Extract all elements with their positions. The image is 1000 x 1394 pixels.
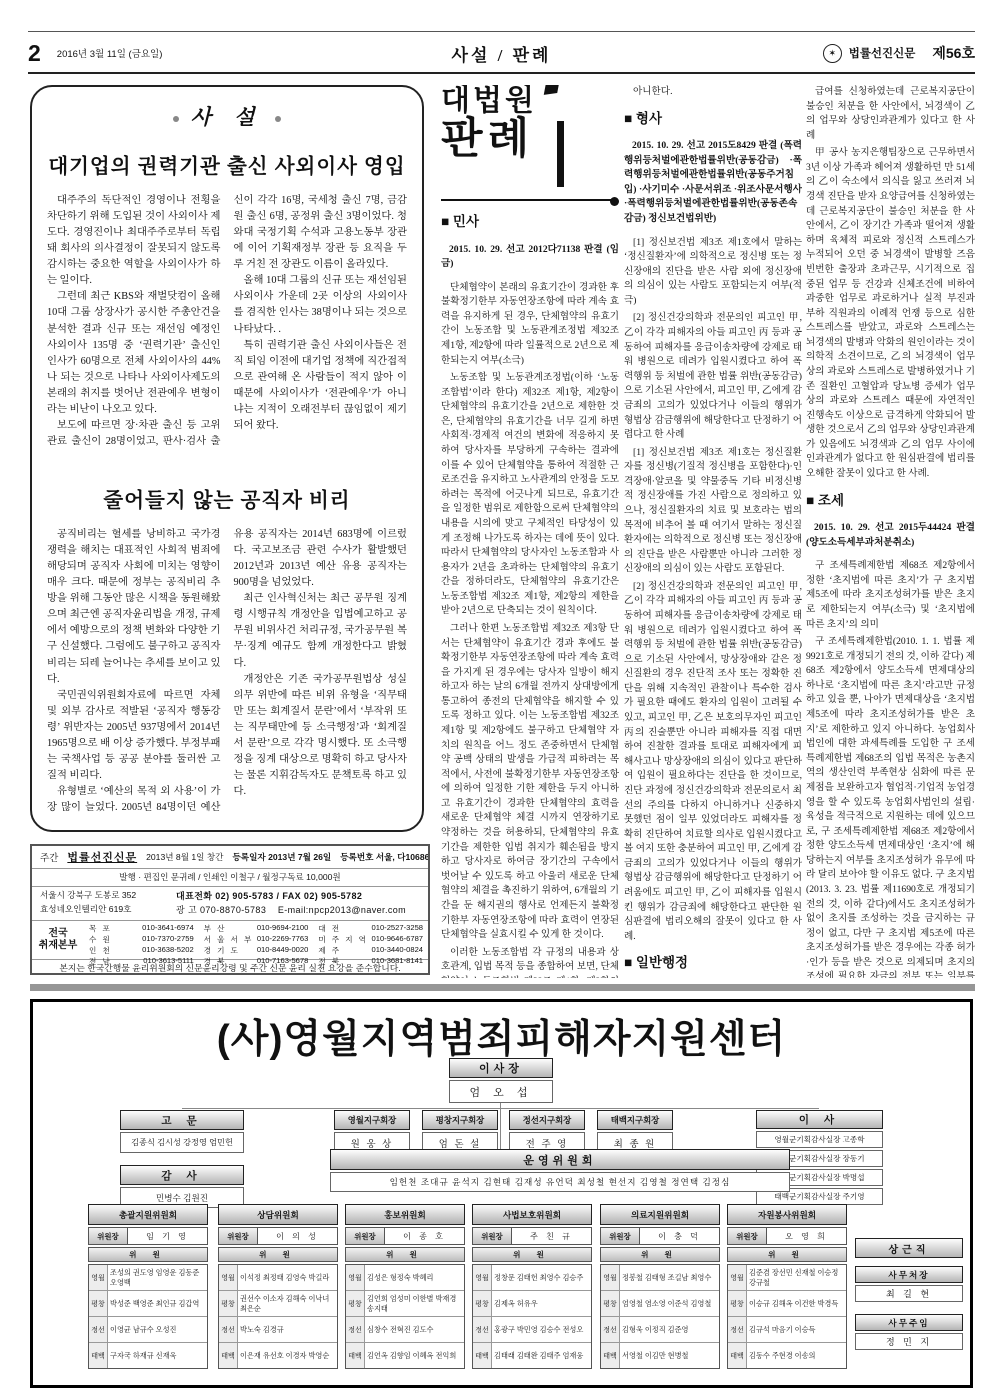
member-names: 서영철 이김만 현병철 [620, 1343, 719, 1368]
member-names: 김성은 형정숙 박혜리 [365, 1265, 464, 1290]
editorial-paragraph: 공직비리는 혈세를 낭비하고 국가경쟁력을 해치는 대표적인 사회적 범죄에 해… [47, 527, 221, 688]
committee-publicity: 홍보위원회 위원장 이 종 호 위 원 영월김성은 형정숙 박혜리평창김언희 엄… [345, 1204, 465, 1369]
chair-name: 주 친 규 [512, 1228, 591, 1244]
ad-email-line: 광 고 070-8870-5783 E-mail:npcp2013@naver.… [176, 903, 420, 917]
committee-name: 홍보위원회 [345, 1204, 465, 1225]
bureau-city: 목 포 [89, 923, 112, 934]
member-row: 태백서영철 이김만 현병철 [601, 1343, 719, 1368]
member-row: 정선김규석 마음기 이승득 [728, 1317, 846, 1343]
org-connector-vertical [500, 1103, 501, 1149]
editorial-paragraph: 그런데 최근 KBS와 재벌닷컴이 올해 10대 그룹 상장사가 공시한 주총안… [47, 289, 221, 418]
advisor-names-box: 김종식 김시성 강정영 엄민헌 [120, 1132, 244, 1153]
case-text-block: 2015. 10. 29. 선고 2015도8429 판결 (폭력행위등처벌에관… [624, 139, 802, 226]
member-region: 정선 [89, 1317, 108, 1342]
member-names: 이승규 김해옥 이건한 박경득 [747, 1291, 846, 1316]
chair-label: 위원장 [473, 1228, 512, 1244]
chairman-label-box: 이사장 [449, 1058, 553, 1078]
case-text-block: [2] 정신건강의학과 전문의인 피고인 甲, 乙이 각각 피해자의 아들 피고… [624, 311, 802, 442]
bureau-city: 수 원 [89, 934, 112, 945]
committee-member-rows: 영월조성의 권도영 임영운 김동준 오영백평창박성준 백영준 최인규 김갑역정선… [88, 1264, 208, 1369]
case-text-block: 급여를 신청하였는데 근로복지공단이 불승인 처분을 한 사안에서, 뇌경색이 … [806, 85, 975, 143]
members-label: 위 원 [472, 1247, 592, 1262]
cases-logo-line2: 판례 [441, 117, 619, 162]
bureau-city: 대 전 [318, 923, 341, 934]
header-bottom-rule [28, 72, 975, 74]
chair-label: 위원장 [219, 1228, 258, 1244]
member-region: 영월 [473, 1265, 492, 1290]
logo-end-dot-icon [610, 197, 619, 206]
committee-name: 사법보호위원회 [472, 1204, 592, 1225]
member-names: 권선수 이소자 김해숙 이낙녀 최은순 [238, 1291, 337, 1316]
newspaper-logo-icon: ✶ [823, 44, 842, 63]
phone-line: 대표전화 02) 905-5783 / FAX 02) 905-5782 [176, 889, 420, 903]
member-region: 영월 [601, 1265, 620, 1290]
member-region: 정선 [219, 1317, 238, 1342]
bureau-phone: 010-7370-2759 [142, 934, 194, 945]
case-text-block: 아니한다. [624, 85, 802, 100]
members-label: 위 원 [88, 1247, 208, 1262]
member-region: 태백 [473, 1343, 492, 1368]
editorial-paragraph: 특히 권력기관 출신 사외이사들은 전직 퇴임 이전에 대기업 정책에 직간접적… [234, 338, 408, 434]
member-region: 평창 [473, 1291, 492, 1316]
imprint-registration-row: 주간 법률선진신문 2013년 8월 1일 창간 등록일자 2013년 7월 2… [32, 846, 428, 868]
case-text-block: ■ 조세 [806, 491, 975, 512]
bureau-city: 경 기 도 [204, 945, 240, 956]
case-text-block: [2] 정신건강의학과 전문의인 피고인 甲, 乙이 각각 피해자의 아들 피고… [624, 580, 802, 944]
committee-name: 자원봉사위원회 [727, 1204, 847, 1225]
member-row: 정선홍광구 박민영 김승수 전성오 [473, 1317, 591, 1343]
member-names: 김태래 김태완 김태주 엄재웅 [492, 1343, 591, 1368]
member-names: 김규석 마음기 이승득 [747, 1317, 846, 1342]
committee-chair-row: 위원장 오 영 희 [727, 1227, 847, 1245]
members-label: 위 원 [218, 1247, 338, 1262]
member-region: 평창 [89, 1291, 108, 1316]
cases-logo-line1: 대법원 [441, 85, 619, 117]
district-chair-label-jeongseon: 정선지구회장 [509, 1110, 585, 1130]
page-header: 2 2016년 3월 11일 (금요일) 사설 / 판례 ✶ 법률선진신문 제5… [28, 36, 975, 70]
chair-label: 위원장 [728, 1228, 767, 1244]
member-region: 평창 [728, 1291, 747, 1316]
case-text-block: 2015. 10. 29. 선고 2015두44424 판결 (양도소득세부과처… [806, 521, 975, 550]
member-row: 영월정창문 김태헌 최영수 김승주 [473, 1265, 591, 1291]
logo-underline [441, 199, 615, 201]
newspaper-page: 2 2016년 3월 11일 (금요일) 사설 / 판례 ✶ 법률선진신문 제5… [0, 0, 1000, 1394]
member-names: 정봉철 김태형 조길남 최영수 [620, 1265, 719, 1290]
member-names: 이은재 유선호 이경자 박영순 [238, 1343, 337, 1368]
member-region: 태백 [346, 1343, 365, 1368]
member-row: 태백김언옥 김향임 이혜옥 전익희 [346, 1343, 464, 1368]
chair-name: 이 충 덕 [640, 1228, 719, 1244]
editorial-paragraph: 대주주의 독단적인 경영이나 전횡을 차단하기 위해 도입된 것이 사외이사 제… [47, 193, 221, 289]
case-text-block: ■ 일반행정 [624, 953, 802, 974]
bullet-dot-icon [275, 116, 281, 122]
bureau-city: 서 울 서 부 [204, 934, 254, 945]
bullet-dot-icon [173, 116, 179, 122]
member-row: 태백김동수 주현경 이송의 [728, 1343, 846, 1368]
member-region: 평창 [601, 1291, 620, 1316]
case-text-block: ■ 민사 [441, 212, 619, 233]
weekly-label: 주간 [40, 850, 58, 864]
staff-name-secretary-general: 최 길 현 [855, 1285, 963, 1302]
editorial-article-1-body: 대주주의 독단적인 경영이나 전횡을 차단하기 위해 도입된 것이 사외이사 제… [47, 193, 407, 465]
issue-number: 제56호 [932, 43, 975, 63]
contact-row: 서울시 강북구 도봉로 352 효성네오인텔리안 619호 대표전화 02) 9… [32, 886, 428, 920]
member-names: 김언옥 김향임 이혜옥 전익희 [365, 1343, 464, 1368]
member-row: 영월정봉철 김태형 조길남 최영수 [601, 1265, 719, 1291]
member-names: 김형욱 이정직 김준영 [620, 1317, 719, 1342]
case-text-block: 단체협약이 본래의 유효기간이 경과한 후 불확정기한부 자동연장조항에 따라 … [441, 281, 619, 368]
bureau-entry: 인 천010-3638-5202 [89, 945, 194, 956]
chair-label: 위원장 [601, 1228, 640, 1244]
org-chart-title: (사)영월지역범죄피해자지원센터 [33, 1008, 970, 1064]
member-row: 영월김성은 형정숙 박혜리 [346, 1265, 464, 1291]
chair-name: 오 영 희 [767, 1228, 846, 1244]
staff-name-office-manager: 정 민 지 [855, 1333, 963, 1350]
chair-name: 이 종 호 [385, 1228, 464, 1244]
imprint-paper-name: 법률선진신문 [67, 849, 137, 865]
committee-member-rows: 영월김성은 형정숙 박혜리평창김언희 엄성미 이한별 박재경 송지태정선심창수 … [345, 1264, 465, 1369]
bureau-phone: 010-3641-6974 [142, 923, 194, 934]
editorial-paragraph: 최근 인사혁신처는 최근 공무원 징계령 시행규칙 개정안을 입법예고하고 공무… [234, 591, 408, 671]
committee-general-support: 총괄지원위원회 위원장 임 기 영 위 원 영월조성의 권도영 임영운 김동준 … [88, 1204, 208, 1369]
members-label: 위 원 [727, 1247, 847, 1262]
editorial-paragraph: 국민권익위원회자료에 따르면 자체 및 외부 감사로 적발된 ‘공직자 행동강령… [47, 688, 221, 784]
member-row: 정선김형욱 이정직 김준영 [601, 1317, 719, 1343]
committee-chair-row: 위원장 임 기 영 [88, 1227, 208, 1245]
member-names: 정창문 김태헌 최영수 김승주 [492, 1265, 591, 1290]
bureau-phone: 010-3440-0824 [372, 945, 424, 956]
bureau-column-1: 목 포010-3641-6974수 원010-7370-2759인 천010-3… [84, 921, 199, 959]
chair-label: 위원장 [89, 1228, 128, 1244]
bureau-city: 부 산 [204, 923, 227, 934]
member-region: 정선 [601, 1317, 620, 1342]
case-text-block: 甲 공사 농지은행팀장으로 근무하면서 3년 이상 가족과 헤어져 생활하던 만… [806, 146, 975, 481]
bureau-table: 전국 취재본부 목 포010-3641-6974수 원010-7370-2759… [32, 920, 428, 959]
member-region: 태백 [601, 1343, 620, 1368]
members-label: 위 원 [600, 1247, 720, 1262]
chair-name: 임 기 영 [128, 1228, 207, 1244]
committee-legal-protection: 사법보호위원회 위원장 주 친 규 위 원 영월정창문 김태헌 최영수 김승주평… [472, 1204, 592, 1369]
district-chair-label-yeongwol: 영월지구회장 [334, 1110, 410, 1130]
editorial-article-2-body: 공직비리는 혈세를 낭비하고 국가경쟁력을 해치는 대표적인 사회적 범죄에 해… [47, 527, 407, 819]
email-address: E-mail:npcp2013@naver.com [278, 905, 406, 915]
committee-member-rows: 영월이석정 최정태 김영숙 박길라평창권선수 이소자 김해숙 이낙녀 최은순정선… [218, 1264, 338, 1369]
member-row: 영월이석정 최정태 김영숙 박길라 [219, 1265, 337, 1291]
member-names: 조성의 권도영 임영운 김동준 오영백 [108, 1265, 207, 1290]
member-region: 영월 [346, 1265, 365, 1290]
logo-vertical-bar [557, 121, 564, 187]
member-names: 김동수 주현경 이송의 [747, 1343, 846, 1368]
case-text-block: [1] 정신보건법 제3조 제1호는 정신질환자를 정신병(기질적 정신병을 포… [624, 446, 802, 577]
member-row: 태백김태래 김태완 김태주 엄재웅 [473, 1343, 591, 1368]
member-names: 구자국 하재규 신재욱 [108, 1343, 207, 1368]
ethics-statement: 본지는 한국간행물 윤리위원회의 신문윤리강령 및 주간 신문 윤리 실천 요강… [32, 959, 428, 976]
member-names: 김제옥 허유우 [492, 1291, 591, 1316]
bureau-label-line1: 전국 [48, 928, 67, 940]
editorial-paragraph: 개정안은 기존 국가공무원법상 성실의무 위반에 따른 비위 유형을 ‘직무태만… [234, 672, 408, 801]
advisor-label-box: 고 문 [120, 1110, 244, 1130]
cases-column-3: 급여를 신청하였는데 근로복지공단이 불승인 처분을 한 사안에서, 뇌경색이 … [806, 85, 975, 978]
member-region: 태백 [728, 1343, 747, 1368]
org-chart-box: (사)영월지역범죄피해자지원센터 이사장 엄 오 섭 고 문 김종식 김시성 강… [30, 999, 973, 1388]
case-blocks: 아니한다.■ 형사2015. 10. 29. 선고 2015도8429 판결 (… [624, 85, 802, 978]
member-region: 태백 [219, 1343, 238, 1368]
member-row: 태백이은재 유선호 이경자 박영순 [219, 1343, 337, 1368]
bureau-column-3: 대 전010-2527-3258미 주 지 역010-9646-6787제 주0… [313, 921, 428, 959]
header-top-rule [28, 31, 975, 32]
section-divider-bar [30, 984, 975, 991]
bureau-entry: 대 전010-2527-3258 [318, 923, 423, 934]
imprint-box: 주간 법률선진신문 2013년 8월 1일 창간 등록일자 2013년 7월 2… [30, 844, 430, 975]
bureau-entry: 미 주 지 역010-9646-6787 [318, 934, 423, 945]
member-names: 엄영철 염소영 이준석 김영철 [620, 1291, 719, 1316]
contact-block: 대표전화 02) 905-5783 / FAX 02) 905-5782 광 고… [176, 889, 420, 918]
chair-label: 위원장 [346, 1228, 385, 1244]
member-names: 이영균 남규수 오성진 [108, 1317, 207, 1342]
member-region: 정선 [728, 1317, 747, 1342]
member-row: 평창이승규 김해옥 이건한 박경득 [728, 1291, 846, 1317]
chairman-name-box: 엄 오 섭 [449, 1080, 553, 1103]
member-names: 홍광구 박민영 김승수 전성오 [492, 1317, 591, 1342]
address-line-2: 효성네오인텔리안 619호 [40, 903, 168, 917]
editorial-label-text: 사 설 [191, 105, 264, 129]
committee-chair-row: 위원장 이 의 성 [218, 1227, 338, 1245]
member-row: 평창김언희 엄성미 이한별 박재경 송지태 [346, 1291, 464, 1317]
member-names: 박노숙 김경규 [238, 1317, 337, 1342]
member-names: 심창수 전혁진 김도수 [365, 1317, 464, 1342]
committee-name: 상담위원회 [218, 1204, 338, 1225]
editorial-title-2: 줄어들지 않는 공직자 비리 [47, 483, 407, 513]
members-label: 위 원 [345, 1247, 465, 1262]
founded-date: 2013년 8월 1일 창간 [146, 851, 223, 863]
member-region: 영월 [728, 1265, 747, 1290]
district-chair-label-taebaek: 태백지구회장 [597, 1110, 673, 1130]
chair-name: 이 의 성 [258, 1228, 337, 1244]
publisher-line: 발행 · 편집인 문귀례 / 인쇄인 이철구 / 월정구독료 10,000원 [32, 868, 428, 886]
member-row: 태백구자국 하재규 신재욱 [89, 1343, 207, 1368]
member-region: 정선 [346, 1317, 365, 1342]
case-text-block: 구 조세특례제한법 제68조 제2항에서 정한 ‘초지법에 따른 초지’가 구 … [806, 559, 975, 632]
editorial-title-1: 대기업의 권력기관 출신 사외이사 영입 [47, 149, 407, 179]
committee-member-rows: 영월정봉철 김태형 조길남 최영수평창엄영철 염소영 이준석 김영철정선김형욱 … [600, 1264, 720, 1369]
staff-title-office-manager: 사무주임 [855, 1314, 963, 1331]
committee-member-rows: 영월김준겸 장선민 신재철 이승정 강규철평창이승규 김해옥 이건한 박경득정선… [727, 1264, 847, 1369]
committee-member-rows: 영월정창문 김태헌 최영수 김승주평창김제옥 허유우정선홍광구 박민영 김승수 … [472, 1264, 592, 1369]
member-names: 박성준 백영준 최인규 김갑역 [108, 1291, 207, 1316]
member-names: 김준겸 장선민 신재철 이승정 강규철 [747, 1265, 846, 1290]
bureau-phone: 010-8449-0020 [257, 945, 309, 956]
directors-label-box: 이 사 [756, 1110, 883, 1129]
committee-name: 의료지원위원회 [600, 1204, 720, 1225]
director-row: 영월군기획감사실장 고종학 [756, 1131, 883, 1148]
committee-medical-support: 의료지원위원회 위원장 이 충 덕 위 원 영월정봉철 김태형 조길남 최영수평… [600, 1204, 720, 1369]
member-row: 평창권선수 이소자 김해숙 이낙녀 최은순 [219, 1291, 337, 1317]
committee-chair-row: 위원장 이 충 덕 [600, 1227, 720, 1245]
bureau-label-line2: 취재본부 [39, 940, 78, 952]
bureau-city: 제 주 [318, 945, 341, 956]
cases-column-1: 대법원 판례 ■ 민사2015. 10. 29. 선고 2012다71138 판… [441, 85, 619, 978]
bureau-entry: 목 포010-3641-6974 [89, 923, 194, 934]
case-text-block: 2015. 10. 29. 선고 2012다71138 판결 (임금) [441, 243, 619, 272]
case-text-block: [1] 정신보건법 제3조 제1호에서 말하는 ‘정신질환자’에 의학적으로 정… [624, 236, 802, 309]
bureau-entry: 제 주010-3440-0824 [318, 945, 423, 956]
member-row: 영월조성의 권도영 임영운 김동준 오영백 [89, 1265, 207, 1291]
member-names: 이석정 최정태 김영숙 박길라 [238, 1265, 337, 1290]
staff-title-secretary-general: 사무처장 [855, 1266, 963, 1283]
case-text-block: 이러한 노동조합법 각 규정의 내용과 상호관계, 입법 목적 등을 종합하여 … [441, 946, 619, 978]
bureau-city: 미 주 지 역 [318, 934, 368, 945]
bureau-column-2: 부 산010-9694-2100서 울 서 부010-2269-7763경 기 … [199, 921, 314, 959]
masthead-brand: ✶ 법률선진신문 제56호 [815, 43, 975, 63]
address-block: 서울시 강북구 도봉로 352 효성네오인텔리안 619호 [40, 889, 168, 918]
member-row: 정선박노숙 김경규 [219, 1317, 337, 1343]
ad-phone: 광 고 070-8870-5783 [176, 905, 266, 915]
bureau-phone: 010-9646-6787 [372, 934, 424, 945]
bureau-phone: 010-9694-2100 [257, 923, 309, 934]
address-line-1: 서울시 강북구 도봉로 352 [40, 889, 168, 903]
steering-committee-members: 임헌천 조대규 윤석지 김현태 김재성 유언덕 최성철 현선지 김영철 정연택 … [330, 1172, 790, 1192]
district-chair-label-pyeongchang: 평창지구회장 [422, 1110, 498, 1130]
bureau-entry: 부 산010-9694-2100 [204, 923, 309, 934]
member-region: 영월 [219, 1265, 238, 1290]
bureau-entry: 경 기 도010-8449-0020 [204, 945, 309, 956]
bureau-entry: 수 원010-7370-2759 [89, 934, 194, 945]
case-text-block: 그러나 한편 노동조합법 제32조 제3항 단서는 단체협약이 유효기간 경과 … [441, 622, 619, 943]
case-text-block: 구 조세특례제한법(2010. 1. 1. 법률 제9921호로 개정되기 전의… [806, 635, 975, 978]
staff-header-box: 상근직 [855, 1238, 963, 1258]
case-text-block: ■ 형사 [624, 109, 802, 130]
member-row: 영월김준겸 장선민 신재철 이승정 강규철 [728, 1265, 846, 1291]
steering-committee-label: 운영위원회 [330, 1149, 790, 1170]
cases-column-2: 아니한다.■ 형사2015. 10. 29. 선고 2015도8429 판결 (… [624, 85, 802, 978]
bureau-entry: 서 울 서 부010-2269-7763 [204, 934, 309, 945]
member-row: 정선이영균 남규수 오성진 [89, 1317, 207, 1343]
bureau-phone: 010-3638-5202 [142, 945, 194, 956]
bureau-phone: 010-2269-7763 [257, 934, 309, 945]
committee-volunteer: 자원봉사위원회 위원장 오 영 희 위 원 영월김준겸 장선민 신재철 이승정 … [727, 1204, 847, 1369]
bureau-city: 인 천 [89, 945, 112, 956]
member-row: 평창김제옥 허유우 [473, 1291, 591, 1317]
member-region: 평창 [346, 1291, 365, 1316]
member-region: 태백 [89, 1343, 108, 1368]
registered-date: 등록일자 2013년 7월 26일 [232, 851, 331, 863]
bureau-phone: 010-2527-3258 [372, 923, 424, 934]
member-region: 영월 [89, 1265, 108, 1290]
committee-counseling: 상담위원회 위원장 이 의 성 위 원 영월이석정 최정태 김영숙 박길라평창권… [218, 1204, 338, 1369]
committee-chair-row: 위원장 주 친 규 [472, 1227, 592, 1245]
editorial-paragraph: 올해 10대 그룹의 신규 또는 재선임된 사외이사 가운데 2곳 이상의 사외… [234, 273, 408, 337]
member-row: 평창엄영철 염소영 이준석 김영철 [601, 1291, 719, 1317]
case-text-block: 노동조합 및 노동관계조정법(이하 ‘노동조합법’이라 한다) 제32조 제1항… [441, 371, 619, 619]
member-names: 김언희 엄성미 이한별 박재경 송지태 [365, 1291, 464, 1316]
bureau-label: 전국 취재본부 [32, 921, 84, 959]
editorial-box: 사 설 대기업의 권력기관 출신 사외이사 영입 대주주의 독단적인 경영이나 … [30, 85, 424, 832]
member-row: 정선심창수 전혁진 김도수 [346, 1317, 464, 1343]
case-blocks: ■ 민사2015. 10. 29. 선고 2012다71138 판결 (임금)단… [441, 212, 619, 978]
registration-number: 등록번호 서울, 다10686 [340, 851, 428, 863]
committee-chair-row: 위원장 이 종 호 [345, 1227, 465, 1245]
member-region: 정선 [473, 1317, 492, 1342]
committee-name: 총괄지원위원회 [88, 1204, 208, 1225]
newspaper-name: 법률선진신문 [849, 45, 916, 61]
member-region: 평창 [219, 1291, 238, 1316]
member-row: 평창박성준 백영준 최인규 김갑역 [89, 1291, 207, 1317]
case-blocks: 급여를 신청하였는데 근로복지공단이 불승인 처분을 한 사안에서, 뇌경색이 … [806, 85, 975, 978]
auditor-label-box: 감 사 [120, 1165, 244, 1185]
editorial-section-label: 사 설 [47, 101, 407, 131]
supreme-court-cases-logo: 대법원 판례 [441, 85, 619, 203]
